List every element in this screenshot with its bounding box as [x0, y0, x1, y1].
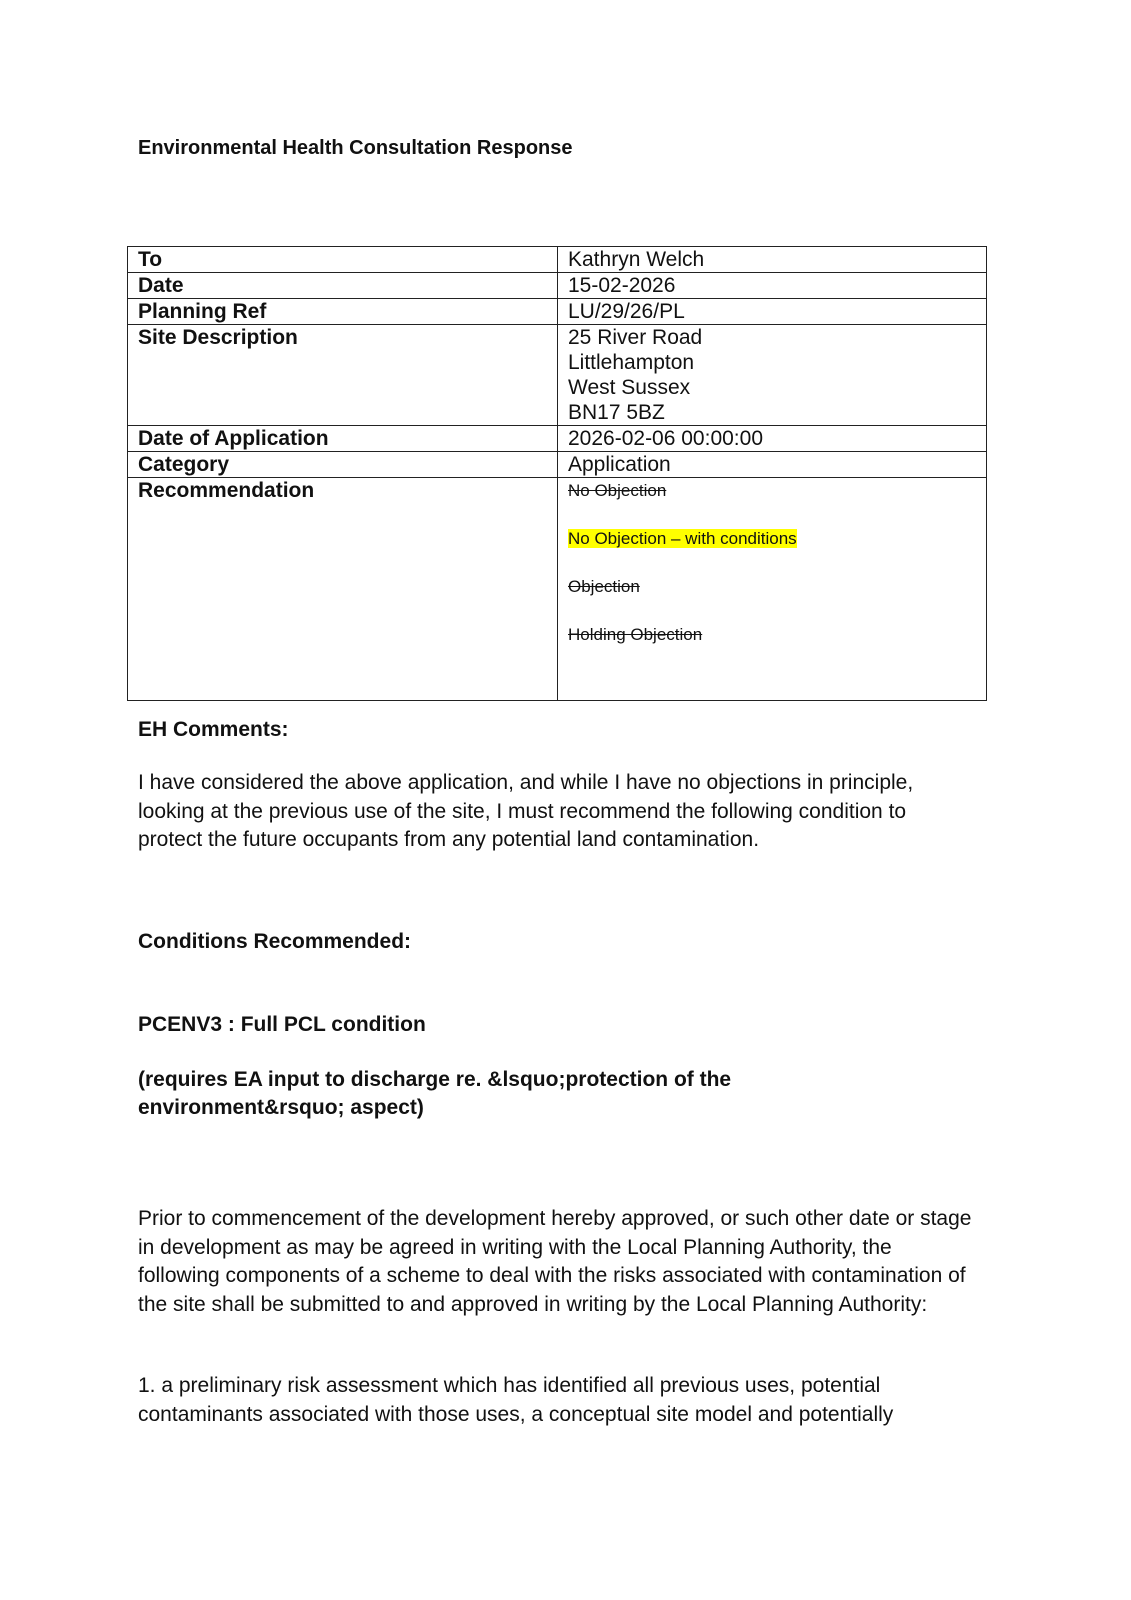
details-label: Planning Ref [128, 299, 558, 325]
details-row: ToKathryn Welch [128, 247, 987, 273]
recommendation-option-text: Holding Objection [568, 625, 702, 644]
details-row: Date of Application2026-02-06 00:00:00 [128, 426, 987, 452]
details-value-line: Application [568, 452, 976, 477]
details-value-line: 25 River Road [568, 325, 976, 350]
details-label: Date of Application [128, 426, 558, 452]
details-value-line: LU/29/26/PL [568, 299, 976, 324]
details-value-line: West Sussex [568, 375, 976, 400]
recommendation-selected: No Objection – with conditions [568, 527, 976, 551]
details-value-line: 2026-02-06 00:00:00 [568, 426, 976, 451]
details-label: Site Description [128, 325, 558, 426]
details-row: Planning RefLU/29/26/PL [128, 299, 987, 325]
details-row: CategoryApplication [128, 452, 987, 478]
details-value: Application [558, 452, 987, 478]
recommendation-row: Recommendation No ObjectionNo Objection … [128, 478, 987, 701]
details-value: LU/29/26/PL [558, 299, 987, 325]
eh-comments-text: I have considered the above application,… [138, 769, 968, 855]
details-value: 15-02-2026 [558, 273, 987, 299]
conditions-heading: Conditions Recommended: [138, 930, 411, 954]
details-value: 25 River RoadLittlehamptonWest SussexBN1… [558, 325, 987, 426]
document-title: Environmental Health Consultation Respon… [138, 137, 573, 160]
details-value-line: Kathryn Welch [568, 247, 976, 272]
recommendation-struck: No Objection [568, 479, 976, 503]
details-label: Date [128, 273, 558, 299]
details-value-line: Littlehampton [568, 350, 976, 375]
details-row: Site Description25 River RoadLittlehampt… [128, 325, 987, 426]
eh-comments-heading: EH Comments: [138, 718, 289, 742]
recommendation-struck: Holding Objection [568, 623, 976, 647]
recommendation-options: No ObjectionNo Objection – with conditio… [558, 478, 987, 701]
details-value-line: BN17 5BZ [568, 400, 976, 425]
recommendation-option-text: No Objection [568, 481, 666, 500]
condition-item-1: 1. a preliminary risk assessment which h… [138, 1372, 968, 1429]
recommendation-option-text: No Objection – with conditions [568, 529, 797, 548]
condition-title: PCENV3 : Full PCL condition [138, 1013, 426, 1037]
details-table: ToKathryn WelchDate15-02-2026Planning Re… [127, 246, 987, 701]
condition-note: (requires EA input to discharge re. &lsq… [138, 1066, 838, 1122]
recommendation-option-text: Objection [568, 577, 640, 596]
details-value: Kathryn Welch [558, 247, 987, 273]
details-label: To [128, 247, 558, 273]
details-label: Category [128, 452, 558, 478]
details-row: Date15-02-2026 [128, 273, 987, 299]
recommendation-label: Recommendation [128, 478, 558, 701]
details-value-line: 15-02-2026 [568, 273, 976, 298]
details-value: 2026-02-06 00:00:00 [558, 426, 987, 452]
recommendation-struck: Objection [568, 575, 976, 599]
condition-body: Prior to commencement of the development… [138, 1205, 978, 1319]
